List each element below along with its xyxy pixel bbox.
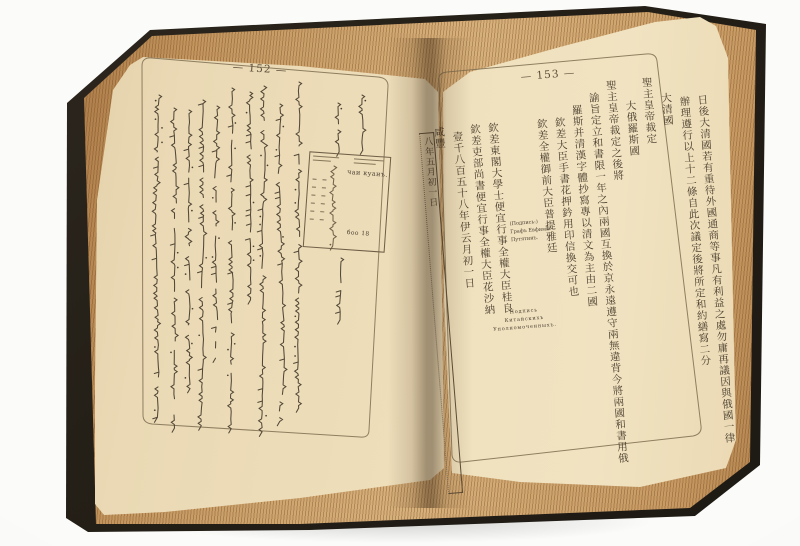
photo-vignette [0,0,800,546]
book-photograph: — 152 — — 153 — чаи куанъ. боо 18 Подпис… [0,0,800,546]
